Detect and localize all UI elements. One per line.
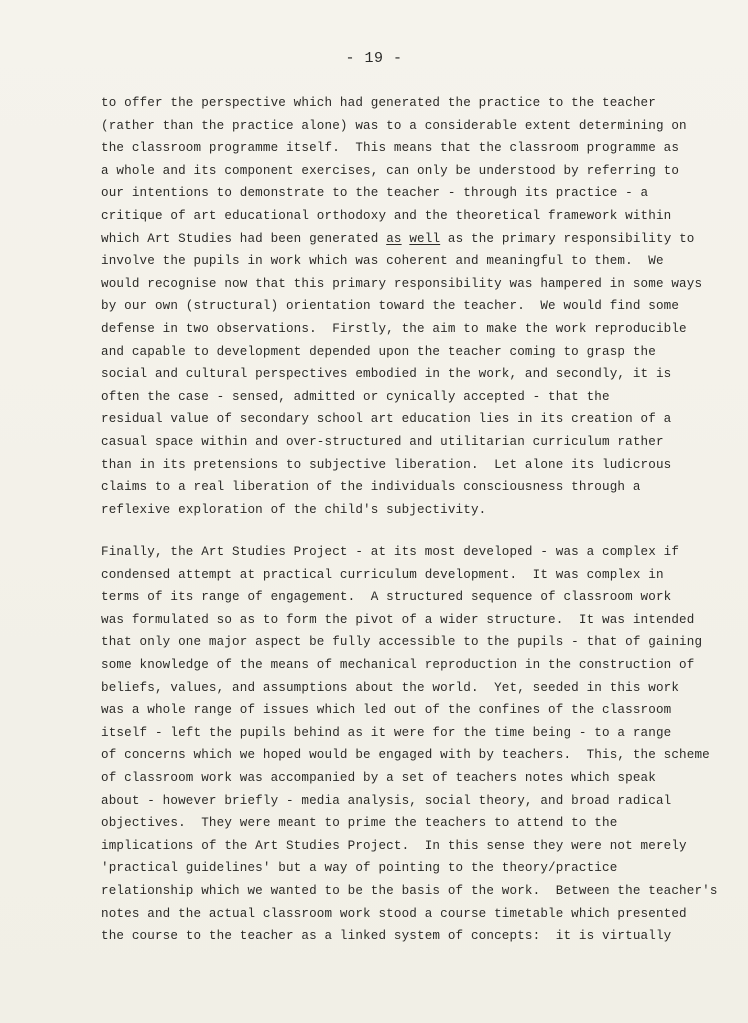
text-line: would recognise now that this primary re… bbox=[101, 273, 741, 296]
text-line: 'practical guidelines' but a way of poin… bbox=[101, 857, 741, 880]
text-line: was a whole range of issues which led ou… bbox=[101, 699, 741, 722]
text-line: involve the pupils in work which was coh… bbox=[101, 250, 741, 273]
text-line: the classroom programme itself. This mea… bbox=[101, 137, 741, 160]
text-line: of concerns which we hoped would be enga… bbox=[101, 744, 741, 767]
text-line: implications of the Art Studies Project.… bbox=[101, 835, 741, 858]
text-line: by our own (structural) orientation towa… bbox=[101, 295, 741, 318]
text-line: (rather than the practice alone) was to … bbox=[101, 115, 741, 138]
text-line: that only one major aspect be fully acce… bbox=[101, 631, 741, 654]
text-line: about - however briefly - media analysis… bbox=[101, 790, 741, 813]
page-number: - 19 - bbox=[0, 50, 748, 67]
text-line: the course to the teacher as a linked sy… bbox=[101, 925, 741, 948]
text-line: was formulated so as to form the pivot o… bbox=[101, 609, 741, 632]
text-segment: as the primary responsibility to bbox=[440, 232, 694, 246]
text-line: claims to a real liberation of the indiv… bbox=[101, 476, 741, 499]
underlined-word: well bbox=[409, 232, 440, 246]
text-line: residual value of secondary school art e… bbox=[101, 408, 741, 431]
text-line: to offer the perspective which had gener… bbox=[101, 92, 741, 115]
text-segment: which Art Studies had been generated bbox=[101, 232, 386, 246]
text-line: terms of its range of engagement. A stru… bbox=[101, 586, 741, 609]
text-line: Finally, the Art Studies Project - at it… bbox=[101, 541, 741, 564]
text-line: defense in two observations. Firstly, th… bbox=[101, 318, 741, 341]
text-line: notes and the actual classroom work stoo… bbox=[101, 903, 741, 926]
text-line: casual space within and over-structured … bbox=[101, 431, 741, 454]
text-line: social and cultural perspectives embodie… bbox=[101, 363, 741, 386]
text-line: critique of art educational orthodoxy an… bbox=[101, 205, 741, 228]
text-line: beliefs, values, and assumptions about t… bbox=[101, 677, 741, 700]
text-line: our intentions to demonstrate to the tea… bbox=[101, 182, 741, 205]
text-line: objectives. They were meant to prime the… bbox=[101, 812, 741, 835]
text-line: of classroom work was accompanied by a s… bbox=[101, 767, 741, 790]
text-line: relationship which we wanted to be the b… bbox=[101, 880, 741, 903]
underlined-word: as bbox=[386, 232, 401, 246]
text-line: reflexive exploration of the child's sub… bbox=[101, 499, 741, 522]
text-line: often the case - sensed, admitted or cyn… bbox=[101, 386, 741, 409]
paragraph-2: Finally, the Art Studies Project - at it… bbox=[101, 541, 741, 948]
text-line-underlined: which Art Studies had been generated as … bbox=[101, 228, 741, 251]
text-line: and capable to development depended upon… bbox=[101, 341, 741, 364]
text-line: than in its pretensions to subjective li… bbox=[101, 454, 741, 477]
text-line: some knowledge of the means of mechanica… bbox=[101, 654, 741, 677]
text-line: condensed attempt at practical curriculu… bbox=[101, 564, 741, 587]
document-page: - 19 - to offer the perspective which ha… bbox=[0, 0, 748, 1023]
paragraph-1: to offer the perspective which had gener… bbox=[101, 92, 741, 521]
text-line: a whole and its component exercises, can… bbox=[101, 160, 741, 183]
text-line: itself - left the pupils behind as it we… bbox=[101, 722, 741, 745]
